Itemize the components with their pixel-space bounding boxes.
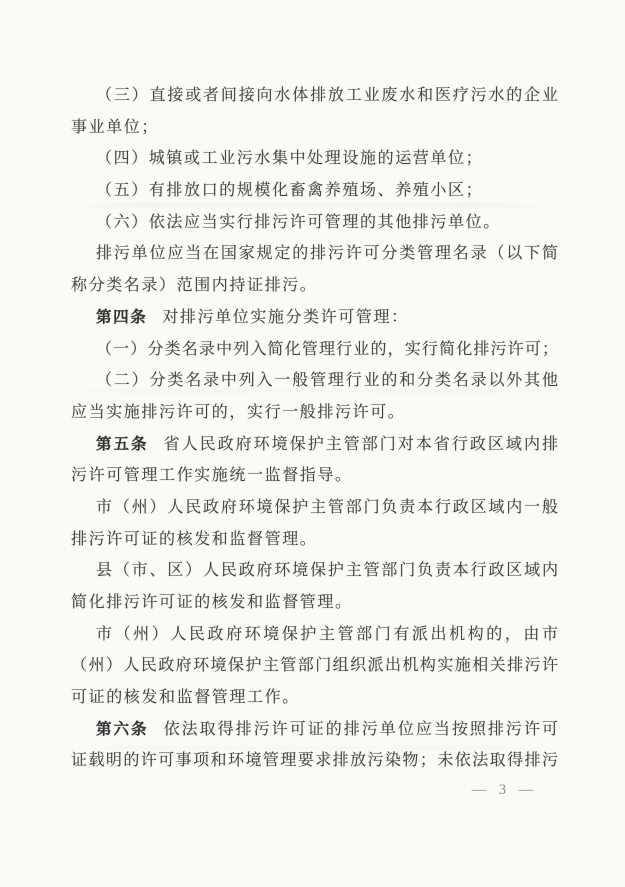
line-text: 市（州）人民政府环境保护主管部门有派出机构的，由市 [96,626,558,643]
article-number: 第五条 [96,436,149,453]
text-line: 市（州）人民政府环境保护主管部门负责本行政区域内一般 [71,492,558,524]
text-line: 第五条省人民政府环境保护主管部门对本省行政区域内排 [71,429,558,461]
line-text: （州）人民政府环境保护主管部门组织派出机构实施相关排污许 [71,657,558,674]
text-line: （五）有排放口的规模化畜禽养殖场、养殖小区； [71,175,558,207]
line-text: （五）有排放口的规模化畜禽养殖场、养殖小区； [96,182,483,199]
text-line: （三）直接或者间接向水体排放工业废水和医疗污水的企业 [71,80,558,112]
text-line: （二）分类名录中列入一般管理行业的和分类名录以外其他 [71,365,558,397]
line-text: 证载明的许可事项和环境管理要求排放污染物；未依法取得排污 [71,752,558,769]
line-text: （二）分类名录中列入一般管理行业的和分类名录以外其他 [96,372,558,389]
line-text: 排污许可证的核发和监督管理。 [71,531,317,548]
line-text: 事业单位； [71,119,159,136]
line-text: （六）依法应当实行排污许可管理的其他排污单位。 [96,214,501,231]
line-text: 称分类名录）范围内持证排污。 [71,277,317,294]
text-line: 第四条对排污单位实施分类许可管理： [71,302,558,334]
line-text: （四）城镇或工业污水集中处理设施的运营单位； [96,150,483,167]
page-number: — 3 — [468,781,538,799]
line-text: （三）直接或者间接向水体排放工业废水和医疗污水的企业 [96,87,558,104]
line-text: 应当实施排污许可的，实行一般排污许可。 [71,404,405,421]
text-line: 排污许可证的核发和监督管理。 [71,524,558,556]
line-text: 依法取得排污许可证的排污单位应当按照排污许可 [164,721,558,738]
text-line: 称分类名录）范围内持证排污。 [71,270,558,302]
line-text: 市（州）人民政府环境保护主管部门负责本行政区域内一般 [96,499,558,516]
text-line: 排污单位应当在国家规定的排污许可分类管理名录（以下简 [71,238,558,270]
text-line: 县（市、区）人民政府环境保护主管部门负责本行政区域内 [71,555,558,587]
text-line: 事业单位； [71,112,558,144]
document-body: （三）直接或者间接向水体排放工业废水和医疗污水的企业事业单位；（四）城镇或工业污… [71,80,558,777]
text-line: （一）分类名录中列入简化管理行业的，实行简化排污许可； [71,334,558,366]
text-line: 可证的核发和监督管理工作。 [71,682,558,714]
article-number: 第六条 [96,721,149,738]
text-line: 污许可管理工作实施统一监督指导。 [71,460,558,492]
line-text: 省人民政府环境保护主管部门对本省行政区域内排 [164,436,558,453]
text-line: （四）城镇或工业污水集中处理设施的运营单位； [71,143,558,175]
text-line: 应当实施排污许可的，实行一般排污许可。 [71,397,558,429]
text-line: （州）人民政府环境保护主管部门组织派出机构实施相关排污许 [71,650,558,682]
text-line: 简化排污许可证的核发和监督管理。 [71,587,558,619]
text-line: 市（州）人民政府环境保护主管部门有派出机构的，由市 [71,619,558,651]
line-text: 对排污单位实施分类许可管理： [162,309,408,326]
document-page: （三）直接或者间接向水体排放工业废水和医疗污水的企业事业单位；（四）城镇或工业污… [0,0,625,887]
text-line: 证载明的许可事项和环境管理要求排放污染物；未依法取得排污 [71,745,558,777]
line-text: 污许可管理工作实施统一监督指导。 [71,467,353,484]
line-text: 可证的核发和监督管理工作。 [71,689,300,706]
line-text: 排污单位应当在国家规定的排污许可分类管理名录（以下简 [96,245,558,262]
line-text: （一）分类名录中列入简化管理行业的，实行简化排污许可； [96,341,558,358]
text-line: （六）依法应当实行排污许可管理的其他排污单位。 [71,207,558,239]
line-text: 简化排污许可证的核发和监督管理。 [71,594,353,611]
text-line: 第六条依法取得排污许可证的排污单位应当按照排污许可 [71,714,558,746]
line-text: 县（市、区）人民政府环境保护主管部门负责本行政区域内 [96,562,558,579]
article-number: 第四条 [96,309,147,326]
